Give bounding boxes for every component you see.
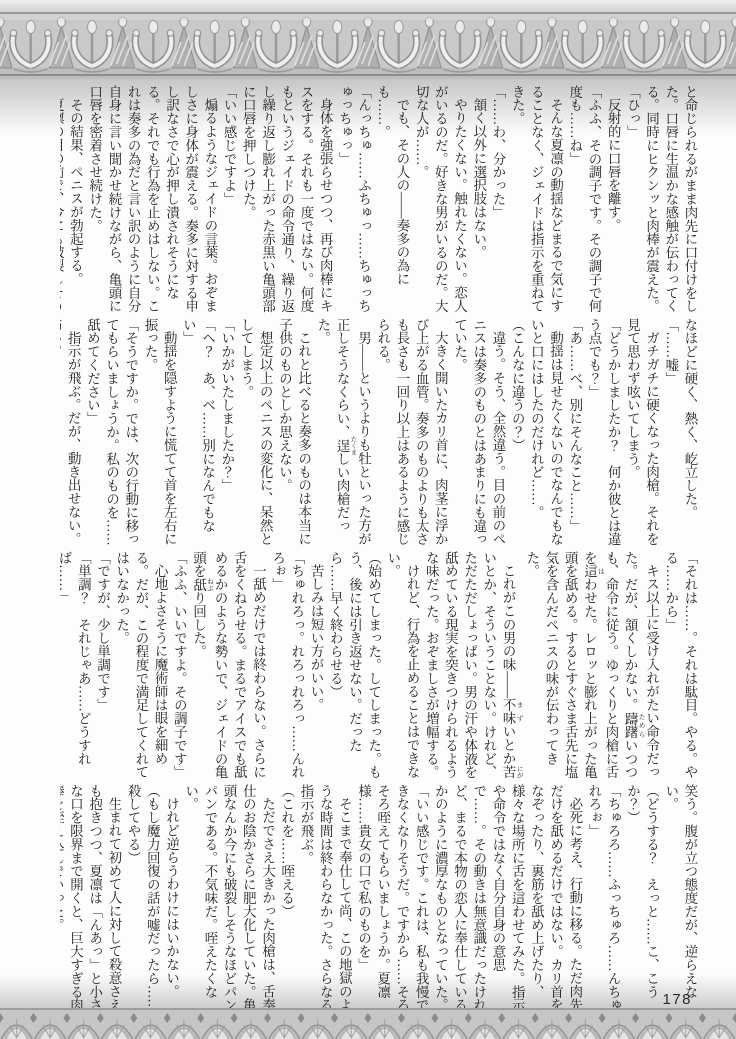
paragraph: 「ちゅれろっ。れろっれろっ……んれろぉ」 — [268, 551, 306, 779]
paragraph: （どうする？ えっと……こ、こうか？） — [623, 784, 661, 1012]
paragraph: （これを……咥える） — [278, 784, 297, 1012]
paragraph: けれど、行為を止めることはできない。 — [384, 551, 422, 779]
paragraph: 生まれて初めて人に対して殺意さえも抱きつつ、夏凛は「んあっ」と小さな口を限界まで… — [60, 784, 124, 1012]
paragraph: 「ちゅろろ……ふっちゅろ……んちゅれろぉ」 — [585, 784, 623, 1012]
paragraph: 身体を強張らせつつ、再び肉棒にキスをする。それも一度ではない。何度もというジェイ… — [239, 85, 335, 313]
text-block: なほどに硬く、熱く、屹立した。「……嘘」ガチガチに硬くなった肉槍。それを見て思わ… — [60, 318, 700, 546]
paragraph: （始めてしまった。してしまった。もう、後には引き返せない。だったら……早く終わら… — [326, 551, 384, 779]
paragraph: 夏凛の目の前で、今にも破裂しそう — [60, 85, 66, 313]
paragraph: ただでさえ大きかった肉槍は、舌奉仕のお陰かさらに肥大化していた。亀頭なんか今にも… — [182, 784, 278, 1012]
page-number: 178 — [662, 991, 692, 1008]
paragraph: 「ですが、少し単調です」 — [93, 551, 112, 779]
text-block: 「それは……。それは駄目。やる。やる……から」キス以上に受け入れがたい命令だった… — [60, 551, 700, 779]
paragraph: その結果、ペニスが勃起する。 — [66, 85, 85, 313]
paragraph: 必死に考え、行動に移る。ただ肉先だけを舐めるだけではない。カリ首をなぞったり、裏… — [431, 784, 585, 1012]
paragraph: 笑う。腹が立つ態度だが、逆らえない。 — [662, 784, 700, 1012]
paragraph: やりたくない。触れたくない。恋人がいるのだ。好きな男がいるのだ。大切な人が……。 — [412, 85, 470, 313]
border-top-edge — [0, 76, 736, 79]
paragraph: （もし魔力回復の話が嘘だったら……殺してやる） — [124, 784, 162, 1012]
paragraph: 苦しみは短い方がいい。 — [307, 551, 326, 779]
ornamental-border-top — [0, 0, 736, 79]
paragraph: と命じられるがまま肉先に口付けをした。口唇に生温かな感触が伝わってくる。同時にヒ… — [642, 85, 700, 313]
page-text-area: と命じられるがまま肉先に口付けをした。口唇に生温かな感触が伝わってくる。同時にヒ… — [60, 85, 700, 1012]
paragraph: 「……わ、分かった」 — [489, 85, 508, 313]
paragraph: 「単調？ それじゃあ……どうすれば……」 — [60, 551, 93, 779]
paragraph: そこまで奉仕して尚、この地獄のような時間は終わらなかった。さらなる指示が飛ぶ。 — [297, 784, 355, 1012]
paragraph: 「いい感じですよ」 — [220, 85, 239, 313]
paragraph: 心地よさそうに魔術師は眼を細める。だが、この程度で満足してくれてはいなかった。 — [113, 551, 171, 779]
paragraph: 一舐めだけでは終わらない。さらに舌をくねらせる。まるでアイスでも舐めるかのような… — [189, 551, 268, 779]
arcade-frieze-icon — [0, 1010, 736, 1039]
paragraph: これと比べると奏多のものは本当に子供のものとしか思えない。 — [275, 318, 313, 546]
paragraph: 「……嘘」 — [662, 318, 681, 546]
paragraph: 煽るようなジェイドの言葉。おぞましさに身体が震える。奏多に対する申し訳なさで心が… — [86, 85, 220, 313]
paragraph: 反射的に口唇を離す。 — [604, 85, 623, 313]
paragraph: 「ふふ、いいですよ。その調子です」 — [170, 551, 189, 779]
paragraph: 想定以上のペニスの変化に、呆然としてしまう。 — [237, 318, 275, 546]
paragraph: 「そうですか。では、次の行動に移ってもらいましょうか。私のものを……舐めてくださ… — [83, 318, 141, 546]
paragraph: 「んっちゅ……ふちゅっ……ちゅっちゅっちゅっ」 — [335, 85, 373, 313]
paragraph: 「あ……べ、別にそんなこと……」 — [566, 318, 585, 546]
paragraph: そんな夏凛の動揺などまるで気にすることなく、ジェイドは指示を重ねてきた。 — [508, 85, 566, 313]
book-page: と命じられるがまま肉先に口付けをした。口唇に生温かな感触が伝わってくる。同時にヒ… — [0, 0, 736, 1039]
paragraph: 頷く以外に選択肢はない。 — [470, 85, 489, 313]
paragraph: これがこの男の味――不味まずいとか苦にがいとか、そういうことない。けれど、ただた… — [422, 551, 523, 779]
paragraph: 男――というよりも牡といった方が正しそうなくらい、逞たくましい肉槍だった。 — [314, 318, 374, 546]
paragraph: 「いかがいたしましたか？」 — [218, 318, 237, 546]
paragraph: 「ふふ、その調子です。その調子で何度も……ね」 — [566, 85, 604, 313]
paragraph: キス以上に受け入れがたい命令だった。だが、頷くしかない。躊躇ためらいつつも、命令… — [523, 551, 662, 779]
paragraph: （こんなに違うの？） — [508, 318, 527, 546]
paragraph: ガチガチに硬くなった肉槍。それを見て思わず呟いてしまう。 — [623, 318, 661, 546]
paragraph: なほどに硬く、熱く、屹立した。 — [681, 318, 700, 546]
paragraph: 違う。そう、全然違う。目の前のペニスは奏多のものとはあまりにも違っていた。 — [450, 318, 508, 546]
text-block: 笑う。腹が立つ態度だが、逆らえない。（どうする？ えっと……こ、こうか？）「ちゅ… — [60, 784, 700, 1012]
ornamental-border-bottom — [0, 1008, 736, 1039]
paragraph: 動揺は見せたくないのでなんでもないと口にはしたのだけれど……。 — [527, 318, 565, 546]
paragraph: 「へ？ あ、べ……別になんでもない」 — [179, 318, 217, 546]
paragraph: 大きく開いたカリ首に、肉茎に浮かび上がる血管。奏多のものよりも太さも長さも一回り… — [374, 318, 451, 546]
paragraph: でも、その人の――奏多の為にも……。 — [374, 85, 412, 313]
border-top-cap — [0, 0, 736, 12]
palmette-frieze-icon — [0, 14, 736, 74]
paragraph: 「どうかしましたか？ 何か彼とは違う点でも？」 — [585, 318, 623, 546]
paragraph: 「ひっ」 — [623, 85, 642, 313]
paragraph: 「それは……。それは駄目。やる。やる……から」 — [662, 551, 700, 779]
paragraph: 「いい感じです。これは、私も我慢できなくなりそうだ。ですから……そろそろ咥えても… — [354, 784, 431, 1012]
paragraph: 指示が飛ぶ。だが、動き出せない。怖い。 — [60, 318, 83, 546]
paragraph: 動揺を隠すように慌てて首を左右に振った。 — [141, 318, 179, 546]
text-block: と命じられるがまま肉先に口付けをした。口唇に生温かな感触が伝わってくる。同時にヒ… — [60, 85, 700, 313]
paragraph: けれど逆らうわけにはいかない。 — [162, 784, 181, 1012]
